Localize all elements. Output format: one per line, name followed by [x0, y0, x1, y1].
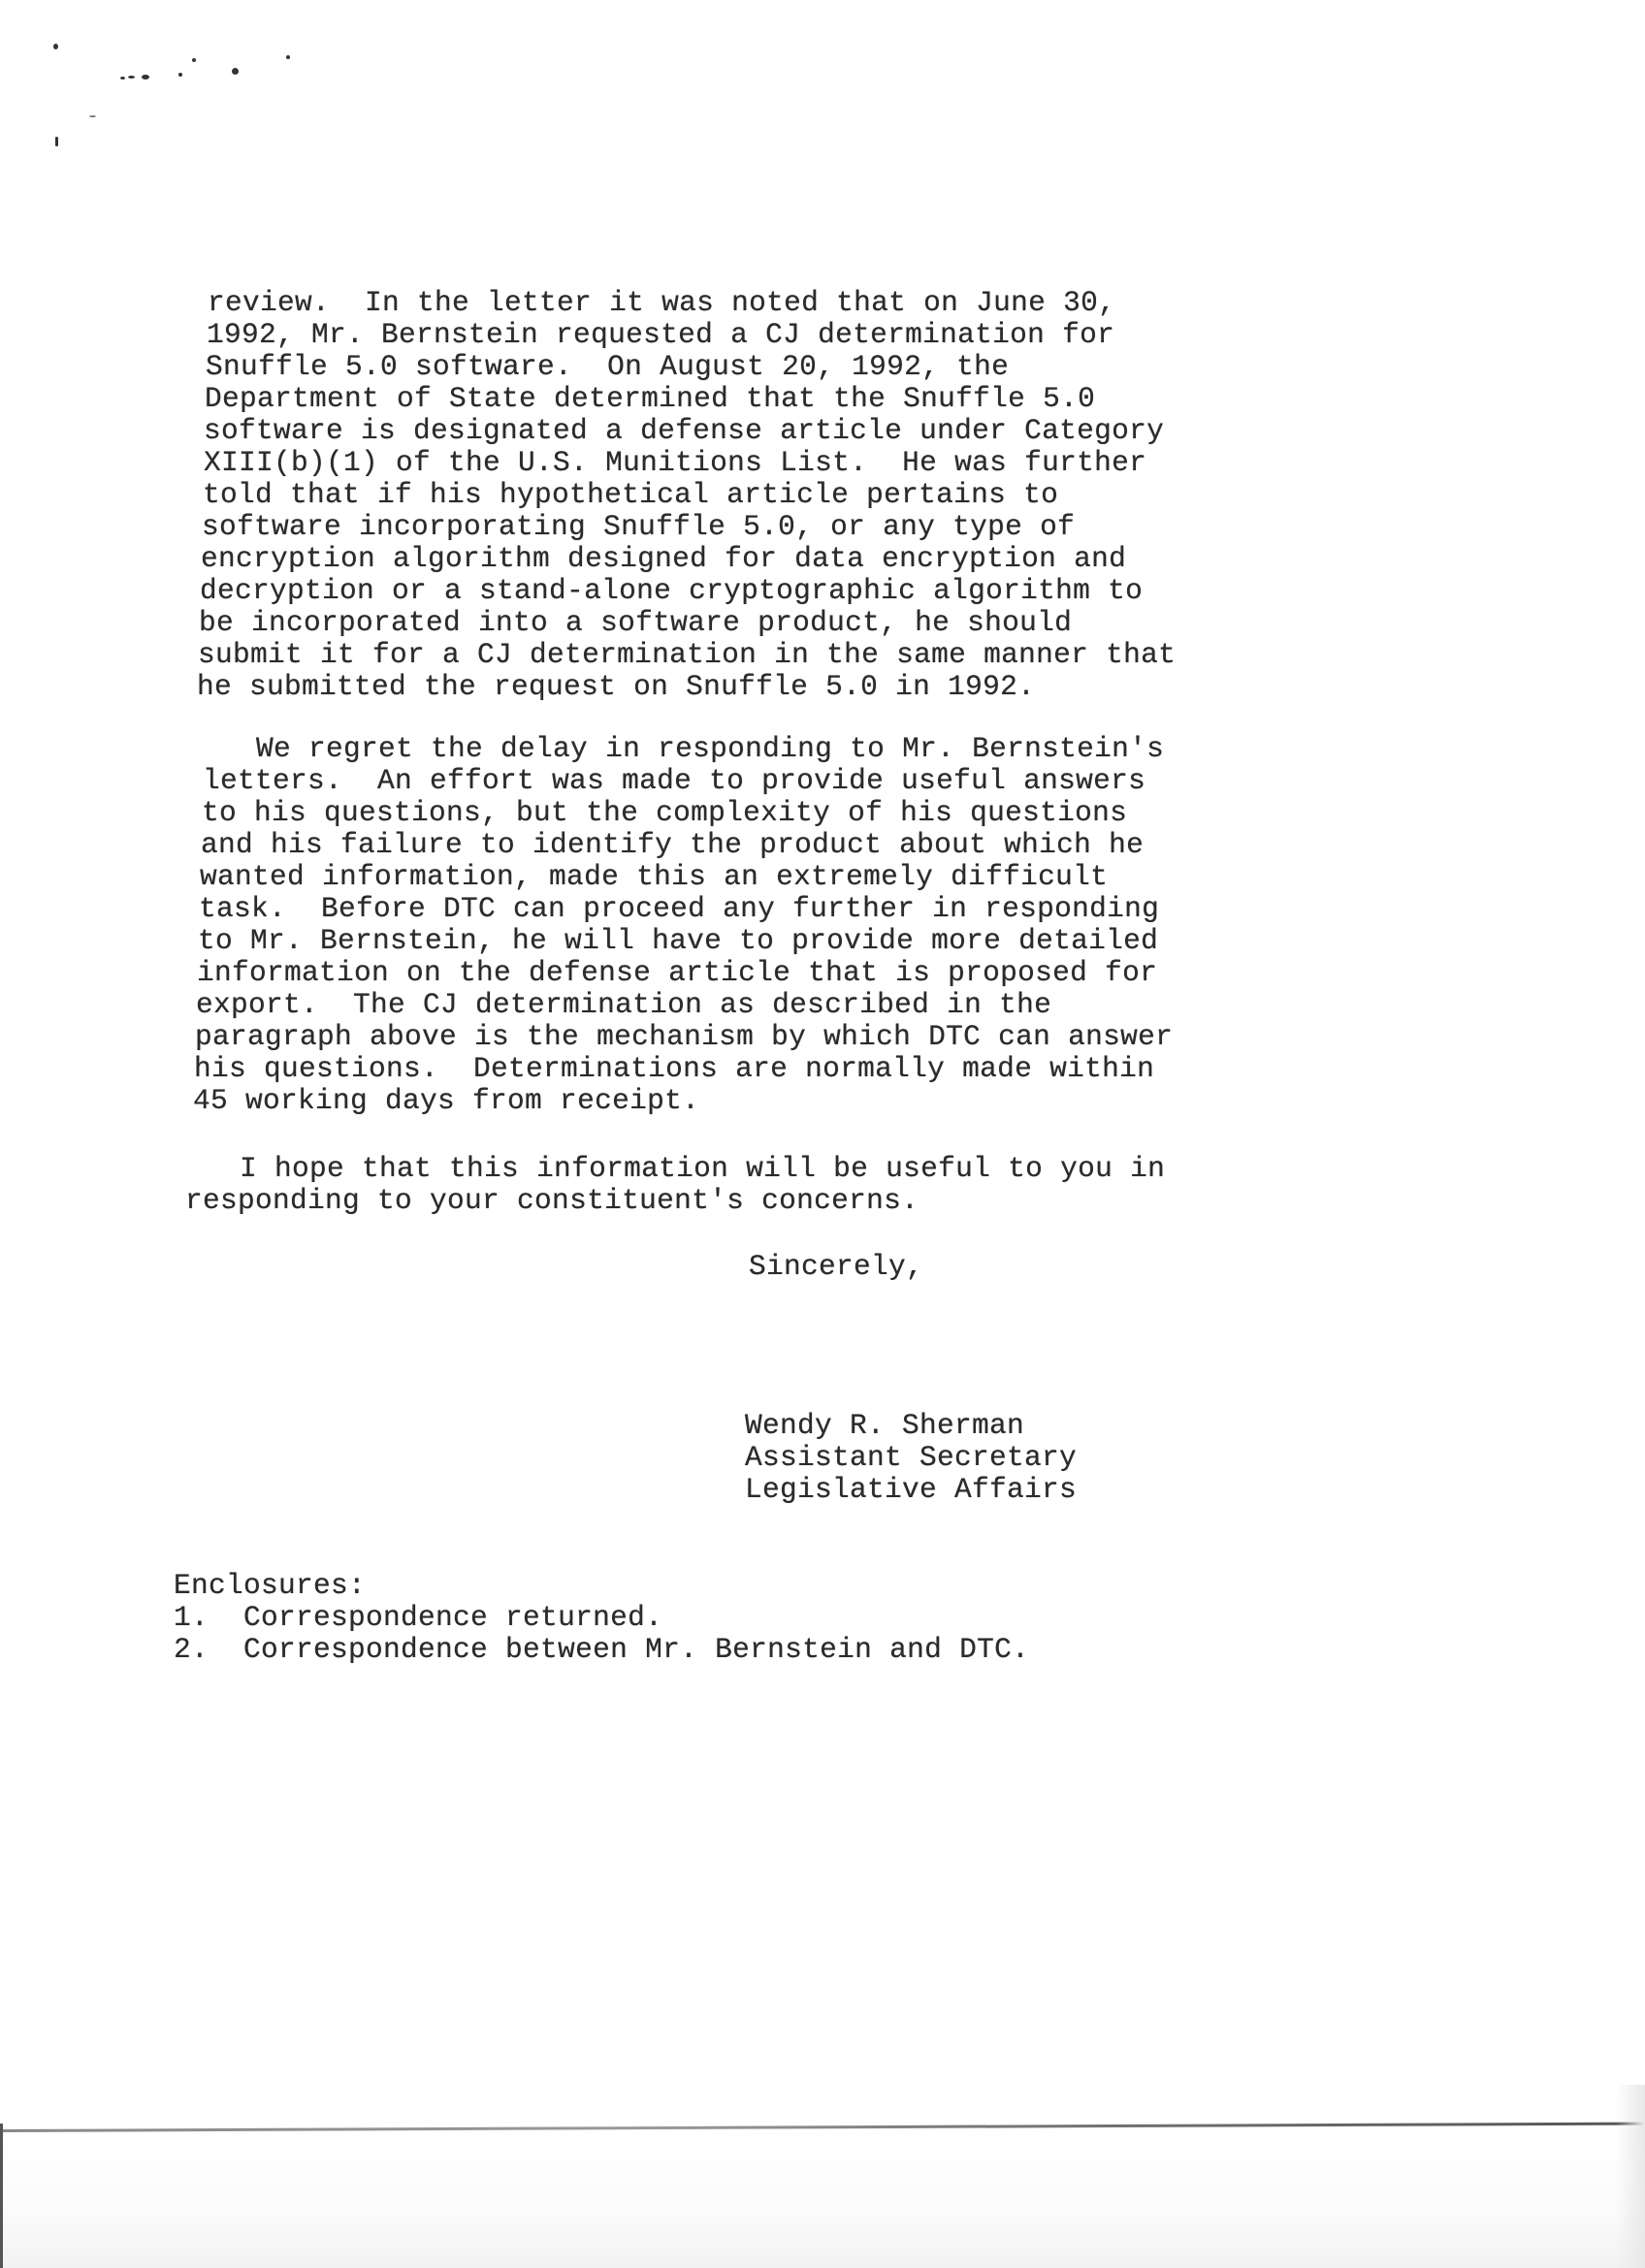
text-line: Department of State determined that the …	[205, 383, 1095, 415]
text-line: encryption algorithm designed for data e…	[201, 543, 1126, 575]
signature-name: Wendy R. Sherman	[745, 1410, 1024, 1442]
page-edge-line	[0, 2123, 1645, 2132]
enclosure-item: 2. Correspondence between Mr. Bernstein …	[174, 1634, 1029, 1666]
text-line: task. Before DTC can proceed any further…	[199, 893, 1159, 925]
closing: Sincerely,	[749, 1251, 923, 1283]
signature-office: Legislative Affairs	[745, 1474, 1077, 1506]
signature-title: Assistant Secretary	[745, 1442, 1077, 1474]
text-line: paragraph above is the mechanism by whic…	[195, 1021, 1173, 1053]
text-line: letters. An effort was made to provide u…	[203, 765, 1145, 797]
text-line: told that if his hypothetical article pe…	[203, 479, 1058, 511]
text-line: export. The CJ determination as describe…	[196, 989, 1051, 1021]
text-line: 1992, Mr. Bernstein requested a CJ deter…	[207, 319, 1114, 351]
text-line: submit it for a CJ determination in the …	[198, 639, 1176, 671]
text-line: responding to your constituent's concern…	[185, 1185, 919, 1217]
text-line: Snuffle 5.0 software. On August 20, 1992…	[206, 351, 1009, 383]
scan-artifacts	[0, 0, 388, 194]
text-line: his questions. Determinations are normal…	[194, 1053, 1154, 1085]
text-line: We regret the delay in responding to Mr.…	[204, 733, 1164, 765]
document-page: review. In the letter it was noted that …	[0, 0, 1645, 2268]
enclosure-item: 1. Correspondence returned.	[174, 1602, 662, 1634]
text-line: I hope that this information will be use…	[187, 1153, 1165, 1185]
page-corner-shadow	[1616, 2085, 1645, 2268]
text-line: be incorporated into a software product,…	[199, 607, 1072, 639]
text-line: wanted information, made this an extreme…	[200, 861, 1108, 893]
text-line: 45 working days from receipt.	[193, 1085, 699, 1117]
enclosures-heading: Enclosures:	[174, 1570, 366, 1602]
text-line: information on the defense article that …	[197, 957, 1157, 989]
text-line: and his failure to identify the product …	[201, 829, 1144, 861]
text-line: software incorporating Snuffle 5.0, or a…	[202, 511, 1075, 543]
text-line: software is designated a defense article…	[204, 415, 1164, 447]
text-line: to Mr. Bernstein, he will have to provid…	[198, 925, 1158, 957]
page-bottom-shadow	[0, 2132, 1645, 2268]
text-line: he submitted the request on Snuffle 5.0 …	[197, 671, 1035, 703]
text-line: XIII(b)(1) of the U.S. Munitions List. H…	[204, 447, 1146, 479]
text-line: to his questions, but the complexity of …	[202, 797, 1127, 829]
text-line: decryption or a stand-alone cryptographi…	[200, 575, 1143, 607]
text-line: review. In the letter it was noted that …	[208, 287, 1115, 319]
page-left-edge	[0, 2124, 3, 2268]
